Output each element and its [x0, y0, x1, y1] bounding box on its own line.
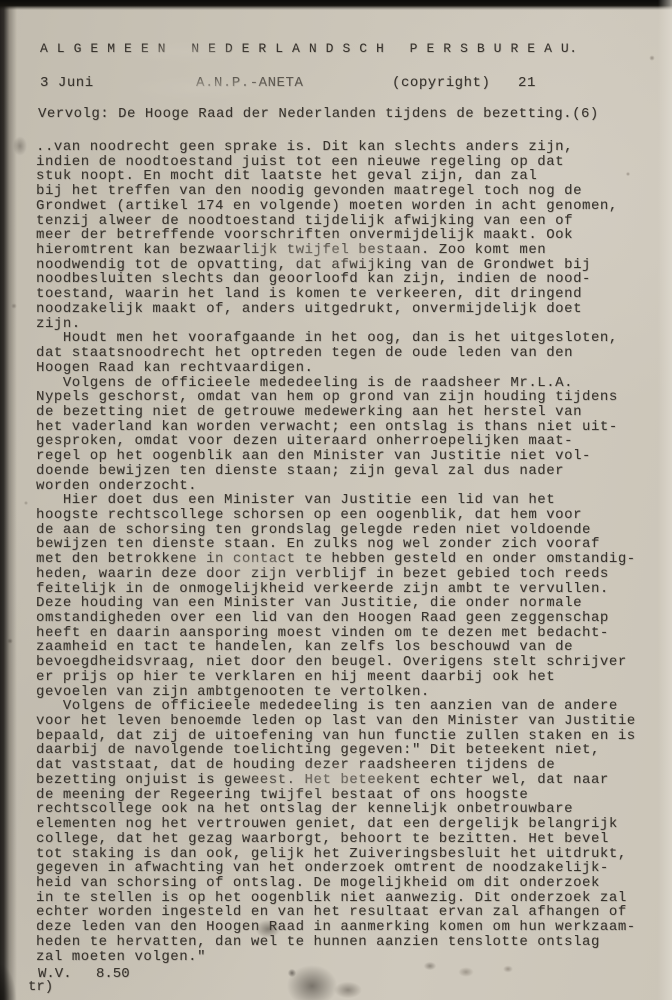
- scan-edge-left: [0, 0, 17, 1000]
- text-line: noodzakelijk maakt of, anders uitgedrukt…: [36, 302, 636, 317]
- press-credit: A.N.P.-ANETA: [196, 75, 303, 91]
- scan-edge-top: [0, 0, 672, 10]
- text-line: bevoegdheidsvraag, niet door den beugel.…: [36, 655, 636, 670]
- text-line: Volgens de officieele mededeeling is ten…: [36, 699, 636, 714]
- text-line: daarbij de navolgende toelichting gegeve…: [36, 743, 636, 758]
- text-line: heden, waarin deze door zijn verblijf in…: [36, 567, 636, 582]
- text-line: toestand, waarin het land is komen te ve…: [36, 287, 636, 302]
- text-line: bezetting onjuist is geweest. Het beteek…: [36, 773, 636, 788]
- text-line: regel op het oogenblik aan den Minister …: [36, 449, 636, 464]
- text-line: noodbesluiten slechts dan geoorloofd kan…: [36, 272, 636, 287]
- text-line: voor het leven benoemde leden op last va…: [36, 714, 636, 729]
- text-line: bij het treffen van den noodig gevonden …: [36, 184, 636, 199]
- text-line: Hier doet dus een Minister van Justitie …: [36, 493, 636, 508]
- text-line: er prijs op hier te verklaren en hij mee…: [36, 670, 636, 685]
- document-date: 3 Juni: [40, 75, 94, 91]
- text-line: dat staatsnoodrecht het optreden tegen d…: [36, 346, 636, 361]
- text-line: gesproken, omdat voor dezen uiteraard on…: [36, 434, 636, 449]
- text-line: Nypels geschorst, omdat van hem op grond…: [36, 390, 636, 405]
- text-line: meer der betreffende voorschriften onver…: [36, 228, 636, 243]
- text-line: stuk noopt. En mocht dit laatste het gev…: [36, 169, 636, 184]
- text-line: Grondwet (artikel 174 en volgende) moete…: [36, 199, 636, 214]
- text-line: omstandigheden over een lid van den Hoog…: [36, 611, 636, 626]
- text-line: heden te hervatten, dan wel te hunnen aa…: [36, 935, 636, 950]
- text-line: de bezetting niet de getrouwe medewerkin…: [36, 405, 636, 420]
- footer-note: tr): [28, 979, 53, 995]
- text-line: met den betrokkene in contact te hebben …: [36, 552, 636, 567]
- text-line: ..van noodrecht geen sprake is. Dit kan …: [36, 140, 636, 155]
- subject-line: Vervolg: De Hooge Raad der Nederlanden t…: [38, 106, 599, 122]
- text-line: echter worden ingesteld en van het resul…: [36, 905, 636, 920]
- text-line: dat vaststaat, dat de houding dezer raad…: [36, 758, 636, 773]
- text-line: deze leden van den Hoogen Raad in aanmer…: [36, 920, 636, 935]
- text-line: Hoogen Raad kan rechtvaardigen.: [36, 361, 636, 376]
- text-line: Volgens de officieele mededeeling is de …: [36, 376, 636, 391]
- text-line: college, dat het gezag waarborgt, behoor…: [36, 832, 636, 847]
- scanned-document-page: A L G E M E E N N E D E R L A N D S C H …: [0, 0, 672, 1000]
- text-line: heid van schorsing of ontslag. De mogeli…: [36, 876, 636, 891]
- text-line: hieromtrent kan bezwaarlijk twijfel best…: [36, 243, 636, 258]
- text-line: zal moeten volgen.": [36, 950, 636, 965]
- text-line: rechtscollege ook na het ontslag der ken…: [36, 802, 636, 817]
- body-text: ..van noodrecht geen sprake is. Dit kan …: [36, 140, 636, 964]
- copyright-notice: (copyright): [392, 75, 490, 91]
- text-line: zaamheid en tact te handelen, kan zelfs …: [36, 640, 636, 655]
- text-line: hoogste rechtscollege schorsen op een oo…: [36, 508, 636, 523]
- text-line: elementen nog het vertrouwen geniet, dat…: [36, 817, 636, 832]
- page-number: 21: [518, 75, 536, 91]
- text-line: gegeven in afwachting van het onderzoek …: [36, 861, 636, 876]
- text-line: bewijzen ten dienste staan. En zulks nog…: [36, 537, 636, 552]
- text-line: Houdt men het voorafgaande in het oog, d…: [36, 331, 636, 346]
- scan-corner-bottom-left: [0, 940, 26, 1000]
- agency-header: A L G E M E E N N E D E R L A N D S C H …: [40, 41, 578, 56]
- text-line: Deze houding van een Minister van Justit…: [36, 596, 636, 611]
- text-line: tot staking is dan ook, gelijk het Zuive…: [36, 847, 636, 862]
- paper-edge-right: [658, 0, 672, 1000]
- text-line: doende bewijzen ten dienste staan; zijn …: [36, 464, 636, 479]
- footer-amount: 8.50: [96, 966, 130, 982]
